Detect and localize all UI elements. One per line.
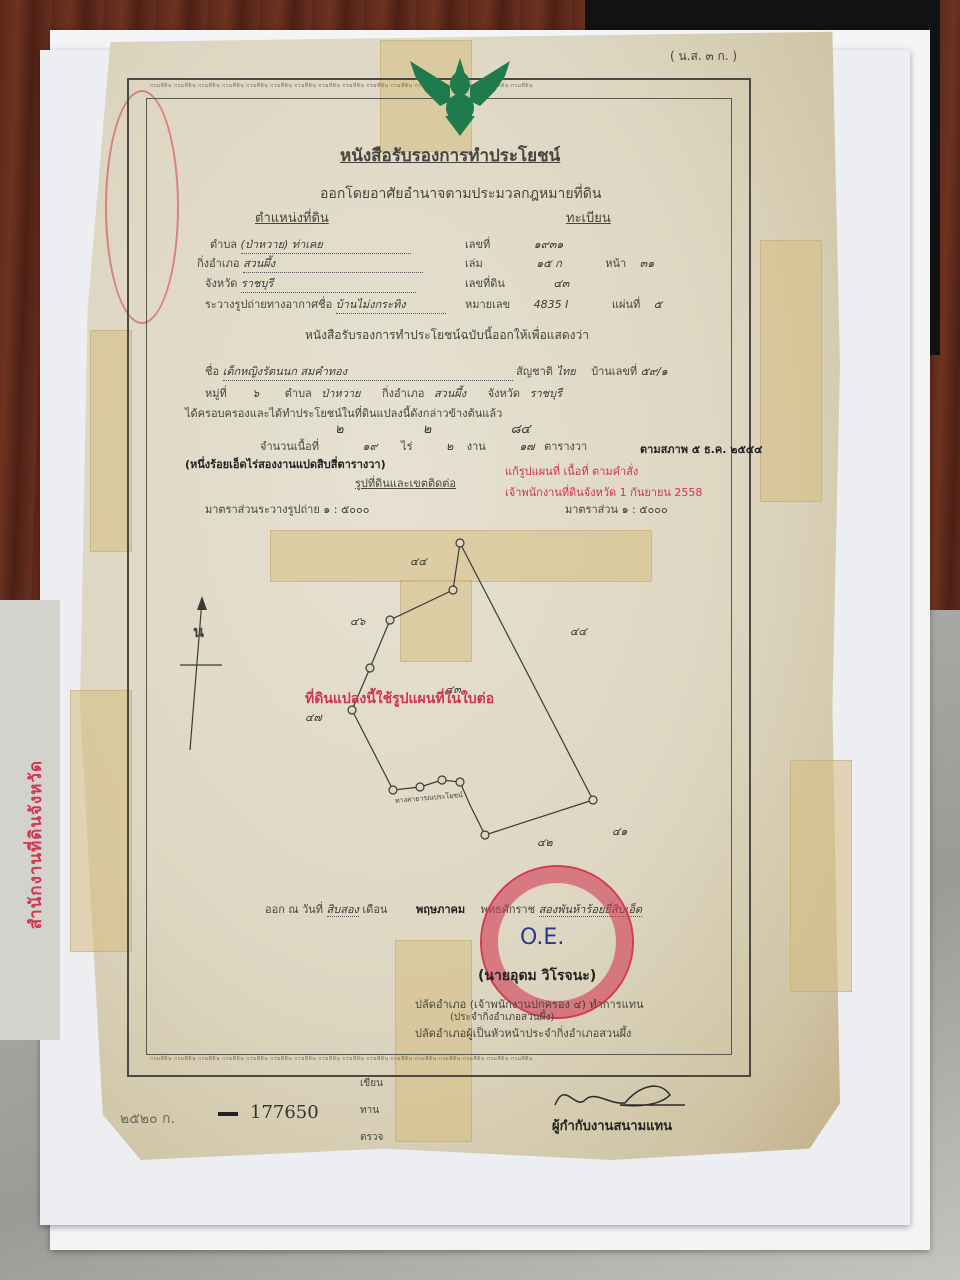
left-folder-red-text: สำนักงานที่ดินจังหวัด (22, 760, 49, 929)
document-title: หนังสือรับรองการทำประโยชน์ (340, 142, 560, 169)
parcel-label: ๔๔ (410, 552, 427, 570)
document-subtitle: ออกโดยอาศัยอำนาจตามประมวลกฎหมายที่ดิน (320, 183, 601, 205)
tape-strip (90, 330, 132, 552)
land-no-label: เลขที่ดิน (465, 277, 505, 290)
area-wa-value: ๑๗ (519, 440, 534, 453)
sheet-label: แผ่นที่ (612, 298, 640, 311)
parcel-label: ๔๒ (537, 833, 553, 851)
page-value: ๓๑ (640, 257, 655, 270)
sheet-code-value: 4835 I (534, 298, 569, 311)
serial-number: 177650 (250, 1102, 319, 1123)
aerial-value: บ้านไม่งกระทิง (336, 295, 446, 314)
serial-dash (218, 1112, 238, 1116)
owner-province-value: ราชบุรี (530, 387, 562, 400)
land-no-value: ๔๓ (553, 277, 569, 290)
scale-map: มาตราส่วน ๑ : ๕๐๐๐ (565, 500, 668, 518)
parcel-label: ๔๖ (350, 612, 365, 630)
owner-tambon-label: ตำบล (285, 387, 312, 400)
signer-title-3: ปลัดอำเภอผู้เป็นหัวหน้าประจำกิ่งอำเภอสวน… (415, 1024, 631, 1042)
signature-icon (550, 1075, 690, 1115)
owner-amphoe-value: สวนผึ้ง (434, 387, 466, 400)
red-note-authority: เจ้าพนักงานที่ดินจังหวัด 1 กันยายน 2558 (505, 483, 702, 501)
area-wa-label: ตารางวา (544, 440, 587, 453)
serial-prefix: ๒๕๒๐ ก. (120, 1108, 175, 1130)
owner-row-2: หมู่ที่ ๖ ตำบล ป่าหวาย กิ่งอำเภอ สวนผึ้ง… (205, 384, 562, 402)
left-folder: สำนักงานที่ดินจังหวัด (0, 600, 60, 1040)
area-correction-wa: ๘๔ (510, 422, 530, 437)
sheet-code-label: หมายเลข (465, 298, 510, 311)
owner-tambon-value: ป่าหวาย (321, 387, 360, 400)
tambon-row: ตำบล (ป่าหวาย) ท่าเคย (210, 235, 411, 254)
sign-line-checker: ตรวจ (360, 1130, 383, 1145)
issue-prefix: ออก ณ วันที่ (265, 903, 323, 916)
seal-initials: O.E. (520, 925, 564, 950)
tape-strip (70, 690, 132, 952)
area-rai-label: ไร่ (401, 440, 412, 453)
issue-month-label: เดือน (362, 903, 387, 916)
province-label: จังหวัด (205, 277, 237, 290)
owner-name-value: เด็กหญิงรัตนนก สมคำทอง (223, 362, 513, 381)
location-header: ตำแหน่งที่ดิน (255, 207, 329, 228)
issue-month: พฤษภาคม (416, 903, 465, 916)
nationality-label: สัญชาติ (516, 365, 553, 378)
tambon-value: (ป่าหวาย) ท่าเคย (241, 235, 411, 254)
scale-aerial: มาตราส่วนระวางรูปถ่าย ๑ : ๕๐๐๐ (205, 500, 369, 518)
volume-label: เล่ม (465, 257, 483, 270)
registry-header: ทะเบียน (566, 207, 611, 228)
certify-line: หนังสือรับรองการทำประโยชน์ฉบับนี้ออกให้เ… (305, 326, 589, 345)
amphoe-value: สวนผึ้ง (243, 254, 423, 273)
area-correction-rai: ๒ (335, 422, 344, 437)
moo-label: หมู่ที่ (205, 387, 227, 400)
area-correction: ๒ ๒ ๘๔ (335, 418, 530, 439)
tape-strip (760, 240, 822, 502)
owner-province-label: จังหวัด (488, 387, 520, 400)
amphoe-label: กิ่งอำเภอ (197, 257, 239, 270)
issue-day: สิบสอง (327, 903, 359, 917)
owner-amphoe-label: กิ่งอำเภอ (382, 387, 424, 400)
page-label: หน้า (605, 257, 626, 270)
registry-number-label: เลขที่ (465, 238, 490, 251)
house-no-value: ๕๙/๑ (641, 365, 668, 378)
signer-name: (นายอุดม วิโรจนะ) (478, 965, 596, 987)
signer-title-2: (ประจำกิ่งอำเภอสวนผึ้ง) (450, 1010, 554, 1025)
area-in-words: (หนึ่งร้อยเอ็ดไร่สองงานแปดสิบสี่ตารางวา) (185, 455, 386, 473)
registry-number-row: เลขที่ ๑๙๓๑ (465, 235, 563, 253)
registry-number-value: ๑๙๓๑ (534, 238, 564, 251)
adjacent-label: รูปที่ดินและเขตติดต่อ (355, 474, 456, 492)
house-no-label: บ้านเลขที่ (591, 365, 637, 378)
area-rai-value: ๑๙ (362, 440, 377, 453)
area-label: จำนวนเนื้อที่ (260, 440, 319, 453)
land-no-row: เลขที่ดิน ๔๓ (465, 274, 569, 292)
area-correction-ngan: ๒ (423, 422, 432, 437)
microprint-bottom: กรมที่ดิน กรมที่ดิน กรมที่ดิน กรมที่ดิน … (150, 1055, 730, 1069)
sign-line-reviewer: ทาน (360, 1103, 379, 1118)
sheet-row: หมายเลข 4835 I แผ่นที่ ๕ (465, 295, 662, 313)
volume-value: ๑๕ ก (536, 257, 561, 270)
province-value: ราชบุรี (241, 274, 416, 293)
area-ngan-value: ๒ (446, 440, 453, 453)
red-note-correction: แก้รูปแผนที่ เนื้อที่ ตามคำสั่ง (505, 462, 638, 480)
north-arrow-icon (197, 596, 207, 610)
moo-value: ๖ (252, 387, 259, 400)
amphoe-row: กิ่งอำเภอ สวนผึ้ง (197, 254, 423, 273)
form-code: ( น.ส. ๓ ก. ) (670, 47, 737, 66)
map-red-overlay: ที่ดินแปลงนี้ใช้รูปแผนที่ในใบต่อ (305, 688, 494, 710)
north-label: น (193, 620, 204, 645)
area-correction-note: ตามสภาพ ๕ ธ.ค. ๒๕๕๔ (640, 440, 762, 458)
tambon-label: ตำบล (210, 238, 237, 251)
nationality-value: ไทย (556, 365, 575, 378)
province-row: จังหวัด ราชบุรี (205, 274, 416, 293)
tape-strip (790, 760, 852, 992)
area-row: จำนวนเนื้อที่ ๑๙ ไร่ ๒ งาน ๑๗ ตารางวา (260, 437, 587, 455)
sign-line-writer: เขียน (360, 1076, 383, 1091)
sheet-value: ๕ (654, 298, 662, 311)
aerial-label: ระวางรูปถ่ายทางอากาศชื่อ (205, 298, 332, 311)
volume-row: เล่ม ๑๕ ก หน้า ๓๑ (465, 254, 654, 272)
garuda-emblem-icon (405, 56, 515, 136)
parcel-label: ๔๑ (612, 822, 627, 840)
owner-name-label: ชื่อ (205, 365, 219, 378)
area-ngan-label: งาน (467, 440, 486, 453)
owner-row-1: ชื่อ เด็กหญิงรัตนนก สมคำทอง สัญชาติ ไทย … (205, 362, 668, 381)
right-sign-role: ผู้กำกับงานสนามแทน (552, 1115, 672, 1136)
parcel-label: ๔๔ (570, 622, 587, 640)
aerial-row: ระวางรูปถ่ายทางอากาศชื่อ บ้านไม่งกระทิง (205, 295, 446, 314)
parcel-label: ๔๗ (305, 708, 322, 726)
